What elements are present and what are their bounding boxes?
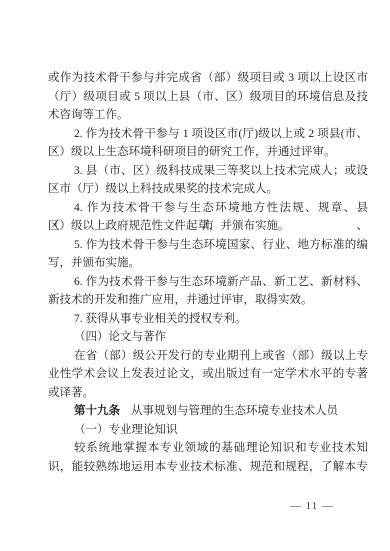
page-number: — 11 — — [290, 498, 334, 514]
text-line: 或作为技术骨干参与并完成省（部）级项目或 3 项以上设区市 — [48, 69, 368, 88]
clause-5-line: 写，并颁布实施。 — [48, 254, 368, 273]
article-19-number: 第十九条 — [74, 405, 120, 417]
text-line: 识，能较熟练地运用本专业技术标准、规范和规程，了解本专 — [48, 458, 368, 477]
section-heading-theory: （一）专业理论知识 — [48, 421, 368, 440]
clause-2-line: 2. 作为技术骨干参与 1 项设区市(厅)级以上或 2 项县(市、 — [48, 125, 368, 144]
text-line: （厅）级项目或 5 项以上县（市、区）级项目的环境信息及技 — [48, 88, 368, 107]
clause-3-line: 3. 县（市、区）级科技成果三等奖以上技术完成人；或设 — [48, 162, 368, 181]
article-19-heading: 第十九条从事规划与管理的生态环境专业技术人员 — [48, 402, 368, 421]
clause-5-line: 5. 作为技术骨干参与生态环境国家、行业、地方标准的编 — [48, 236, 368, 255]
text-line: 或译著。 — [48, 384, 368, 403]
article-19-title: 从事规划与管理的生态环境专业技术人员 — [131, 405, 338, 417]
text-line: 在省（部）级公开发行的专业期刊上或省（部）级以上专 — [48, 347, 368, 366]
clause-4-line: 4. 作为技术骨干参与生态环境地方性法规、规章、县（市、 — [48, 199, 368, 218]
document-body: 或作为技术骨干参与并完成省（部）级项目或 3 项以上设区市 （厅）级项目或 5 … — [48, 69, 368, 476]
text-line: 较系统地掌握本专业领域的基础理论知识和专业技术知 — [48, 439, 368, 458]
section-heading-essays: （四）论文与著作 — [48, 328, 368, 347]
clause-2-line: 区）级以上生态环境科研项目的研究工作，并通过评审。 — [48, 143, 368, 162]
text-line: 术咨询等工作。 — [48, 106, 368, 125]
document-page: 或作为技术骨干参与并完成省（部）级项目或 3 项以上设区市 （厅）级项目或 5 … — [0, 0, 390, 551]
clause-6-line: 6. 作为技术骨干参与生态环境新产品、新工艺、新材料、 — [48, 273, 368, 292]
clause-6-line: 新技术的开发和推广应用，并通过评审，取得实效。 — [48, 291, 368, 310]
text-line: 业性学术会议上发表过论文，或出版过有一定学术水平的专著 — [48, 365, 368, 384]
clause-3-line: 区市（厅）级以上科技成果奖的技术完成人。 — [48, 180, 368, 199]
clause-7-line: 7. 获得从事专业相关的授权专利。 — [48, 310, 368, 329]
